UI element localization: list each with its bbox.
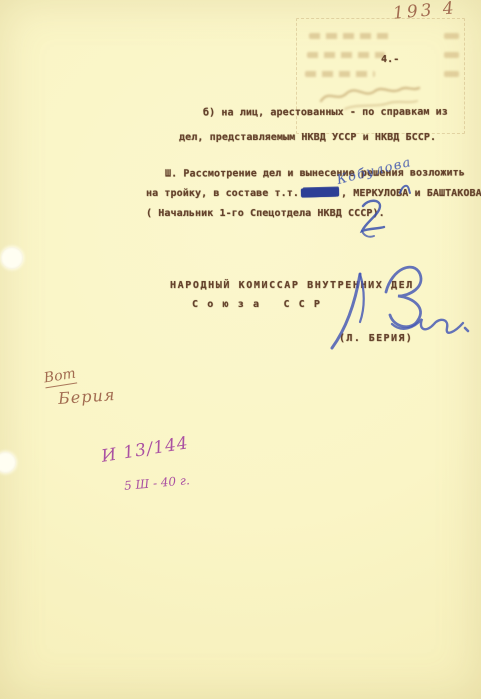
registry-number: И 13/144 <box>100 433 190 467</box>
paragraph-3-line3: ( Начальник 1-го Спецотдела НКВД СССР). <box>146 208 385 219</box>
margin-note-vot: Вот <box>43 366 77 389</box>
bleed-tick <box>444 71 459 77</box>
paragraph-b-line2: дел, представляемым НКВД УССР и НКВД БСС… <box>179 132 436 143</box>
bleed-tick <box>444 33 459 39</box>
hole-punch-top <box>1 247 23 269</box>
struck-out-name <box>301 188 339 198</box>
hole-punch-bottom <box>0 452 16 473</box>
paragraph-3-line1: Ш. Рассмотрение дел и вынесение решения … <box>165 167 465 179</box>
commissar-title-line2: С о ю з а С С Р <box>192 299 322 310</box>
handwritten-mark <box>357 198 389 240</box>
typed-signatory-name: (Л. БЕРИЯ) <box>339 333 413 344</box>
margin-note-beria: Берия <box>57 385 116 408</box>
bleed-line <box>307 52 385 58</box>
document-page: 193 4 4.- б) на лиц, арестованных - по с… <box>0 0 481 699</box>
registry-date: 5 Ш - 40 г. <box>124 473 191 493</box>
paragraph-3-line2: на тройку, в составе т.т., МЕРКУЛОВА и Б… <box>146 188 481 199</box>
bleed-line <box>305 71 375 77</box>
bleed-tick <box>444 52 459 58</box>
paragraph-b-line1: б) на лиц, арестованных - по справкам из <box>203 107 448 119</box>
paragraph-3-line2-pre: на тройку, в составе т.т. <box>146 188 299 199</box>
bleed-line <box>309 33 391 39</box>
insertion-caret <box>398 183 412 195</box>
page-number: 4.- <box>381 54 399 65</box>
